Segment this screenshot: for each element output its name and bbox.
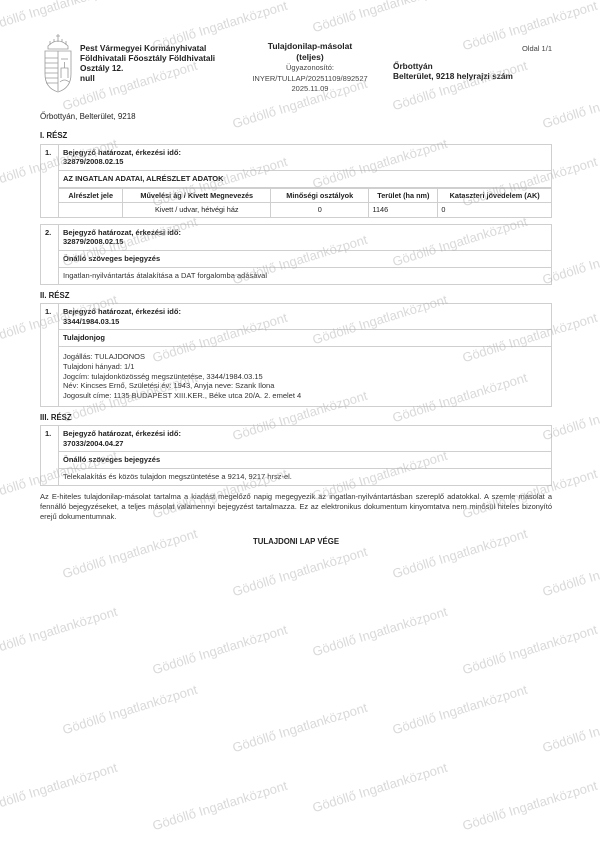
ownership-details: Jogállás: TULAJDONOS Tulajdoni hányad: 1…: [59, 347, 551, 406]
organization-name: Pest Vármegyei Kormányhivatal Földhivata…: [80, 44, 260, 84]
org-line: Osztály 12.: [80, 64, 260, 74]
document-title: Tulajdonilap-másolat: [240, 41, 380, 52]
legal-notice: Az E-hiteles tulajdonilap-másolat tartal…: [40, 492, 552, 522]
part-title: II. RÉSZ: [40, 291, 552, 301]
decision-value: 3344/1984.03.15: [63, 317, 547, 327]
table-cell: 0: [271, 203, 369, 217]
part-title: III. RÉSZ: [40, 413, 552, 423]
section-title: Tulajdonjog: [59, 330, 551, 347]
watermark-text: Gödöllő Ingatlanközpont: [311, 604, 450, 661]
watermark-text: Gödöllő Ingatlanközpont: [231, 544, 370, 601]
part-title: I. RÉSZ: [40, 131, 552, 141]
watermark-text: Gödöllő Ingatlanközpont: [151, 622, 290, 679]
location-line: Őrbottyán, Belterület, 9218: [40, 112, 552, 122]
decision-value: 32879/2008.02.15: [63, 237, 547, 247]
end-of-document: TULAJDONI LAP VÉGE: [40, 537, 552, 547]
decision-row: Bejegyző határozat, érkezési idő: 37033/…: [59, 426, 551, 453]
column-header: Kataszteri jövedelem (AK): [438, 188, 551, 202]
settlement-name: Őrbottyán: [393, 61, 513, 71]
watermark-text: Gödöllő Ingatlanközpont: [151, 778, 290, 835]
document-content: Őrbottyán, Belterület, 9218 I. RÉSZ 1. B…: [40, 112, 552, 547]
issue-date: 2025.11.09: [240, 84, 380, 93]
watermark-text: Gödöllő Ingatlanközpont: [0, 760, 120, 817]
entry: 2. Bejegyző határozat, érkezési idő: 328…: [40, 224, 552, 285]
document-title-sub: (teljes): [240, 52, 380, 63]
ownership-line: Jogosult címe: 1135 BUDAPEST XIII.KER., …: [63, 391, 547, 401]
entry: 1. Bejegyző határozat, érkezési idő: 328…: [40, 144, 552, 218]
subparcel-table: Alrészlet jele Művelési ág / Kivett Megn…: [59, 188, 551, 217]
decision-row: Bejegyző határozat, érkezési idő: 3344/1…: [59, 304, 551, 331]
watermark-text: Gödöllő Ingatlanközpont: [311, 760, 450, 817]
watermark-text: Gödöllő Ingatlanközpont: [61, 682, 200, 739]
org-line: null: [80, 74, 260, 84]
section-title: Önálló szöveges bejegyzés: [59, 251, 551, 268]
decision-value: 37033/2004.04.27: [63, 439, 547, 449]
document-title-block: Tulajdonilap-másolat (teljes) Ügyazonosí…: [240, 41, 380, 93]
column-header: Terület (ha nm): [369, 188, 438, 202]
ownership-line: Jogállás: TULAJDONOS: [63, 352, 547, 362]
entry-number: 1.: [41, 145, 59, 217]
decision-value: 32879/2008.02.15: [63, 157, 547, 167]
table-cell: [59, 203, 123, 217]
entry-number: 2.: [41, 225, 59, 284]
page-number: Oldal 1/1: [522, 44, 552, 54]
entry-number: 1.: [41, 426, 59, 485]
table-cell: Kivett / udvar, hétvégi ház: [123, 203, 271, 217]
column-header: Minőségi osztályok: [271, 188, 369, 202]
entry-text: Ingatlan-nyilvántartás átalakítása a DAT…: [59, 268, 551, 284]
entry: 1. Bejegyző határozat, érkezési idő: 334…: [40, 303, 552, 407]
decision-label: Bejegyző határozat, érkezési idő:: [63, 228, 547, 238]
entry-text: Telekalakítás és közös tulajdon megszünt…: [59, 469, 551, 485]
column-header: Művelési ág / Kivett Megnevezés: [123, 188, 271, 202]
case-id: INYER/TULLAP/20251109/892527: [240, 74, 380, 83]
document-header: Pest Vármegyei Kormányhivatal Földhivata…: [40, 32, 560, 102]
parcel-block: Őrbottyán Belterület, 9218 helyrajzi szá…: [393, 61, 513, 82]
watermark-text: Gödöllő Ingatlanközpont: [541, 544, 600, 601]
decision-label: Bejegyző határozat, érkezési idő:: [63, 429, 547, 439]
watermark-text: Gödöllő Ingatlanközpont: [0, 604, 120, 661]
ownership-line: Jogcím: tulajdonközösség megszüntetése, …: [63, 372, 547, 382]
parcel-number: Belterület, 9218 helyrajzi szám: [393, 71, 513, 81]
entry-number: 1.: [41, 304, 59, 406]
watermark-text: Gödöllő Ingatlanközpont: [231, 700, 370, 757]
section-title: Önálló szöveges bejegyzés: [59, 452, 551, 469]
table-cell: 0: [438, 203, 551, 217]
decision-row: Bejegyző határozat, érkezési idő: 32879/…: [59, 225, 551, 252]
column-header: Alrészlet jele: [59, 188, 123, 202]
table-cell: 1146: [369, 203, 438, 217]
watermark-text: Gödöllő Ingatlanközpont: [461, 622, 600, 679]
decision-row: Bejegyző határozat, érkezési idő: 32879/…: [59, 145, 551, 172]
ownership-line: Név: Kincses Ernő, Születési év: 1943, A…: [63, 381, 547, 391]
watermark-text: Gödöllő Ingatlanközpont: [461, 778, 600, 835]
case-id-label: Ügyazonosító:: [240, 63, 380, 72]
table-row: Kivett / udvar, hétvégi ház 0 1146 0: [59, 203, 551, 217]
ownership-line: Tulajdoni hányad: 1/1: [63, 362, 547, 372]
watermark-text: Gödöllő Ingatlanközpont: [541, 700, 600, 757]
decision-label: Bejegyző határozat, érkezési idő:: [63, 148, 547, 158]
section-title: AZ INGATLAN ADATAI, ALRÉSZLET ADATOK: [59, 171, 551, 188]
coat-of-arms-icon: [40, 32, 76, 94]
watermark-text: Gödöllő Ingatlanközpont: [391, 682, 530, 739]
entry: 1. Bejegyző határozat, érkezési idő: 370…: [40, 425, 552, 486]
decision-label: Bejegyző határozat, érkezési idő:: [63, 307, 547, 317]
